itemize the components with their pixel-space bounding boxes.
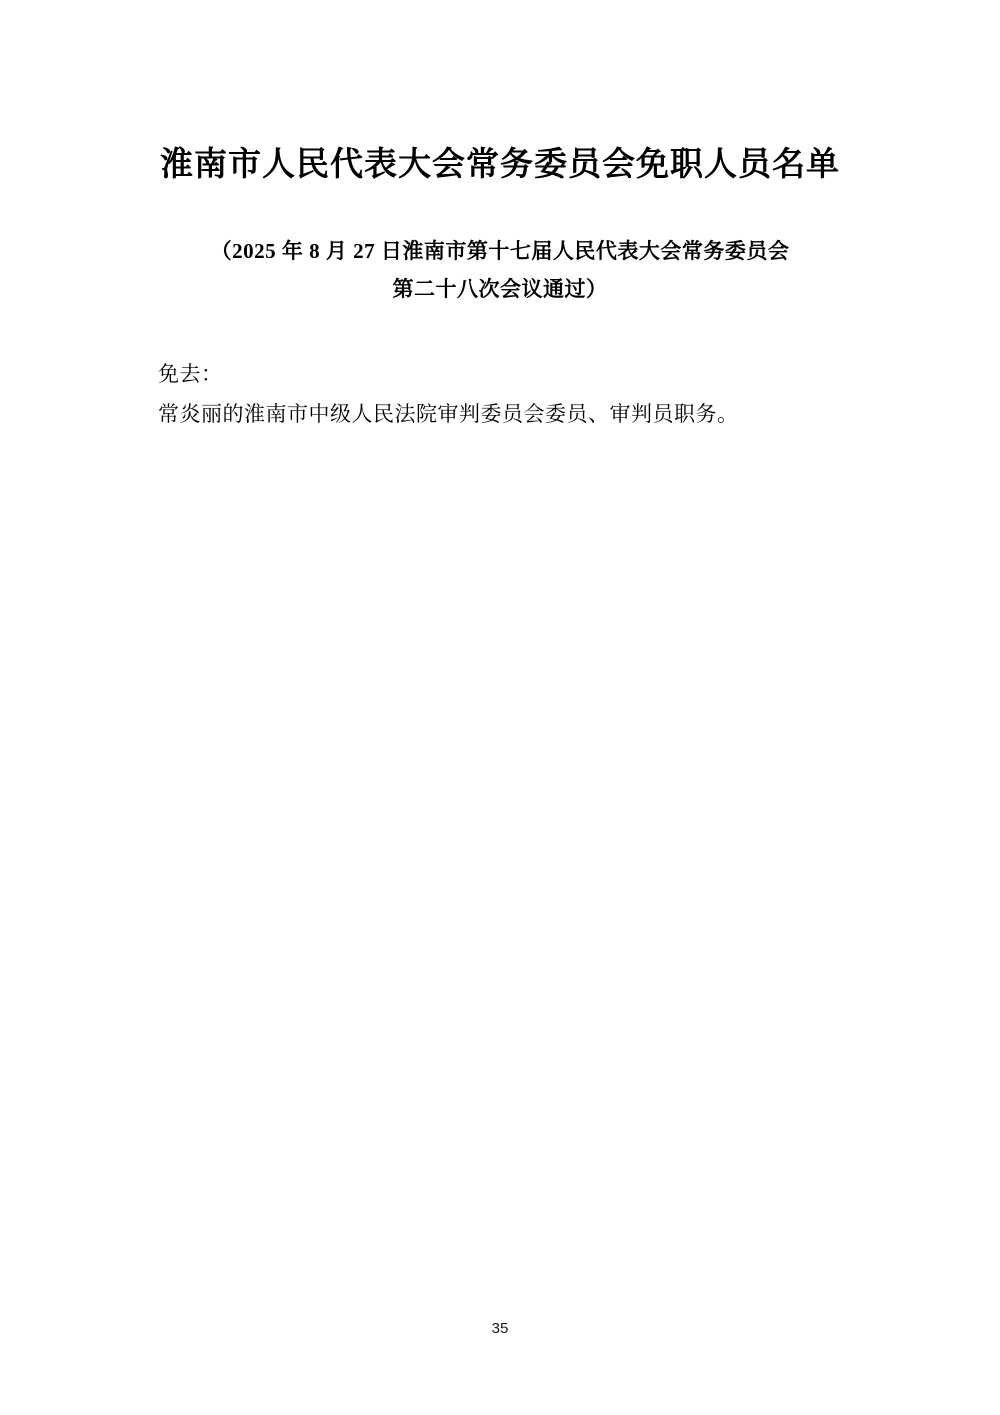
- meeting-note: （2025 年 8 月 27 日淮南市第十七届人民代表大会常务委员会 第二十八次…: [158, 232, 842, 308]
- meeting-note-line1: （2025 年 8 月 27 日淮南市第十七届人民代表大会常务委员会: [158, 232, 842, 270]
- dismissal-body: 免去： 常炎丽的淮南市中级人民法院审判委员会委员、审判员职务。: [158, 354, 842, 434]
- document-page: 淮南市人民代表大会常务委员会免职人员名单 （2025 年 8 月 27 日淮南市…: [0, 0, 1000, 1415]
- document-content: 淮南市人民代表大会常务委员会免职人员名单 （2025 年 8 月 27 日淮南市…: [0, 0, 1000, 434]
- dismissal-lead: 免去：: [158, 354, 842, 394]
- dismissal-item: 常炎丽的淮南市中级人民法院审判委员会委员、审判员职务。: [158, 394, 842, 434]
- document-title: 淮南市人民代表大会常务委员会免职人员名单: [158, 143, 842, 188]
- meeting-note-line2: 第二十八次会议通过）: [158, 270, 842, 308]
- page-number: 35: [0, 1320, 1000, 1337]
